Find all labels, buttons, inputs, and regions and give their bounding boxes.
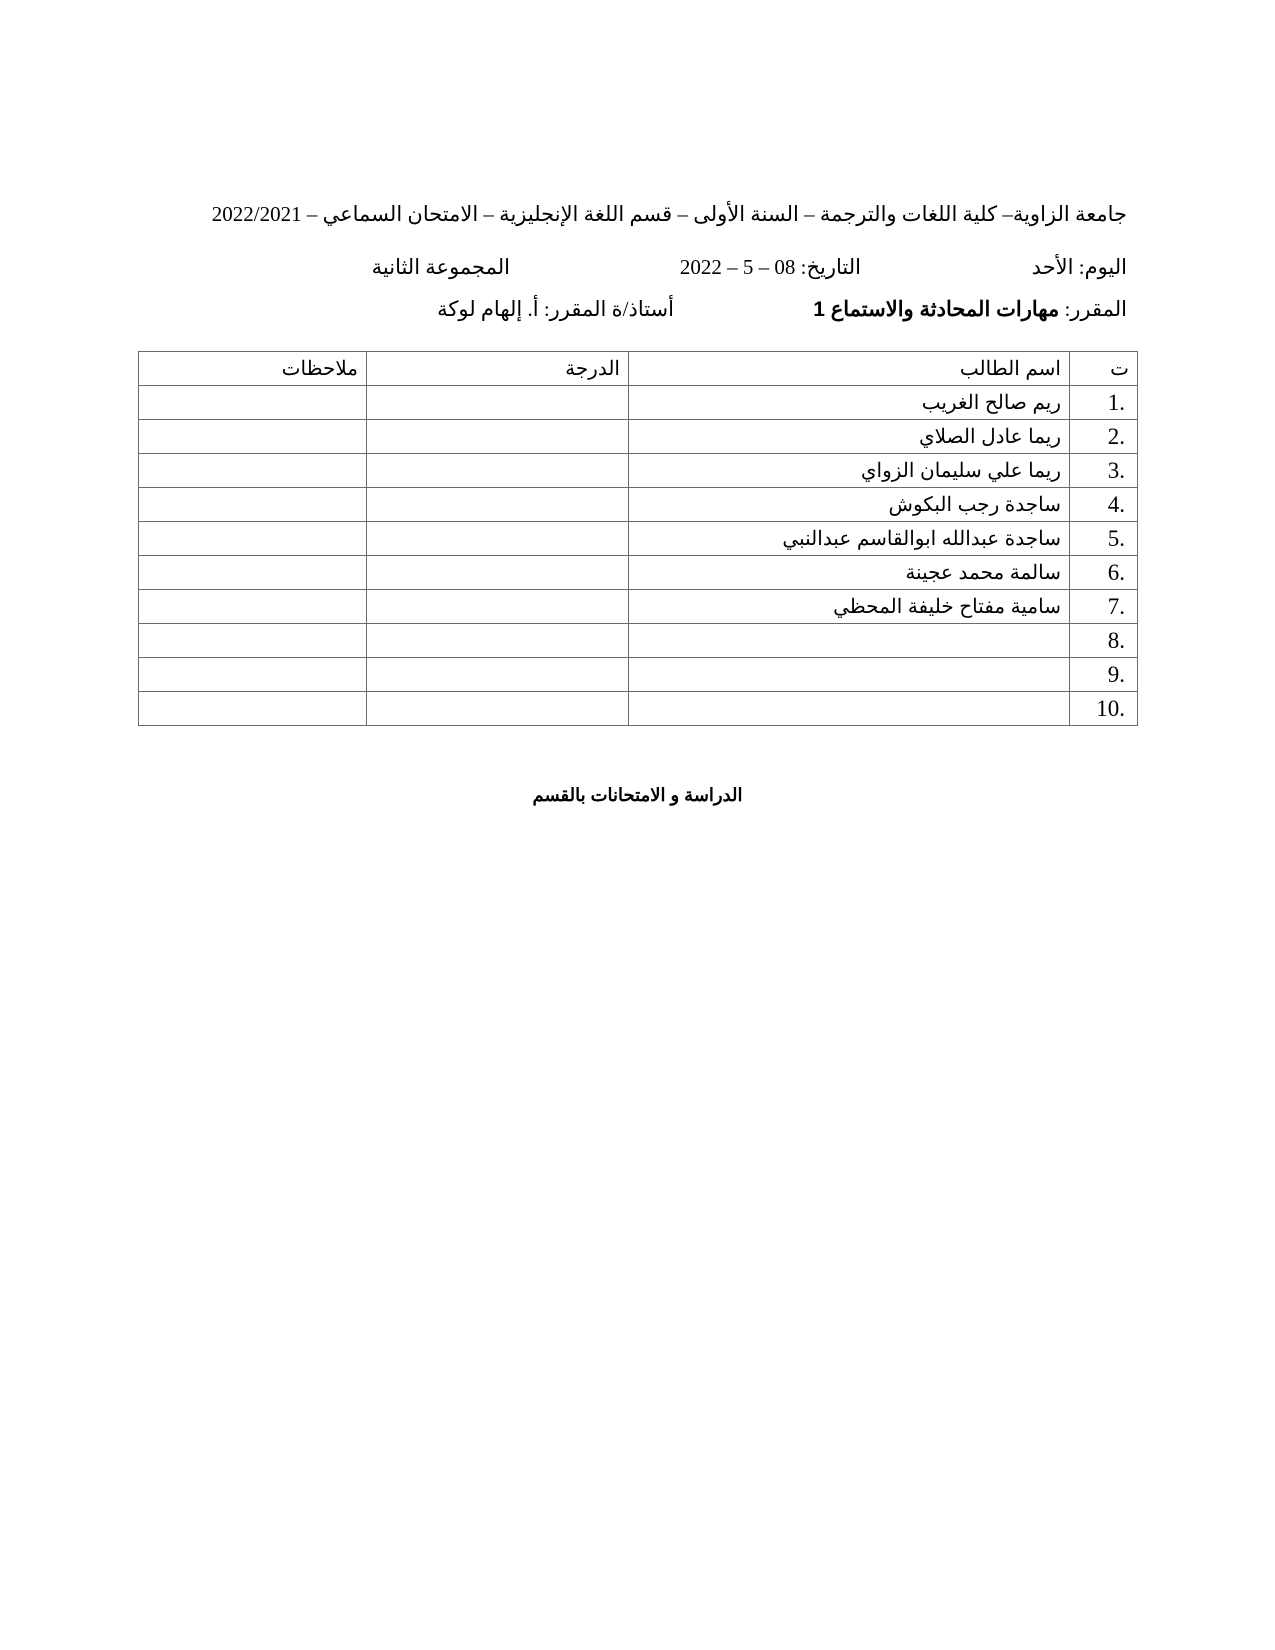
header-grade: الدرجة (367, 352, 629, 386)
student-name (629, 624, 1070, 658)
row-number: .9 (1070, 658, 1138, 692)
student-name: ريم صالح الغريب (629, 386, 1070, 420)
grade-cell (367, 522, 629, 556)
course-teacher: أستاذ/ة المقرر: أ. إلهام لوكة (440, 295, 674, 323)
grade-cell (367, 454, 629, 488)
notes-cell (139, 590, 367, 624)
row-number: .6 (1070, 556, 1138, 590)
row-number: .2 (1070, 420, 1138, 454)
row-number: .5 (1070, 522, 1138, 556)
notes-cell (139, 454, 367, 488)
notes-cell (139, 386, 367, 420)
course-name: مهارات المحادثة والاستماع 1 (813, 298, 1059, 321)
notes-cell (139, 658, 367, 692)
student-name: ساجدة رجب البكوش (629, 488, 1070, 522)
notes-cell (139, 624, 367, 658)
grade-cell (367, 624, 629, 658)
grade-cell (367, 658, 629, 692)
row-number: .10 (1070, 692, 1138, 726)
grade-cell (367, 590, 629, 624)
table-row: .3 ريما علي سليمان الزواي (139, 454, 1138, 488)
document-title: جامعة الزاوية– كلية اللغات والترجمة – ال… (212, 200, 1127, 228)
table-row: .10 (139, 692, 1138, 726)
grades-table: ت اسم الطالب الدرجة ملاحظات .1 ريم صالح … (138, 351, 1138, 726)
row-number: .4 (1070, 488, 1138, 522)
row-number: .1 (1070, 386, 1138, 420)
grade-cell (367, 488, 629, 522)
student-name (629, 692, 1070, 726)
header-number: ت (1070, 352, 1138, 386)
grade-cell (367, 556, 629, 590)
student-name: سامية مفتاح خليفة المحظي (629, 590, 1070, 624)
header-student-name: اسم الطالب (629, 352, 1070, 386)
notes-cell (139, 420, 367, 454)
course-info: المقرر: مهارات المحادثة والاستماع 1 (813, 295, 1127, 324)
grade-cell (367, 692, 629, 726)
row-number: .7 (1070, 590, 1138, 624)
table-row: .5 ساجدة عبدالله ابوالقاسم عبدالنبي (139, 522, 1138, 556)
student-group: المجموعة الثانية (400, 253, 510, 281)
table-header-row: ت اسم الطالب الدرجة ملاحظات (139, 352, 1138, 386)
table-row: .4 ساجدة رجب البكوش (139, 488, 1138, 522)
notes-cell (139, 522, 367, 556)
department-signature: الدراسة و الامتحانات بالقسم (0, 785, 1275, 806)
notes-cell (139, 556, 367, 590)
notes-cell (139, 692, 367, 726)
header-notes: ملاحظات (139, 352, 367, 386)
student-name (629, 658, 1070, 692)
row-number: .3 (1070, 454, 1138, 488)
exam-day: اليوم: الأحد (1032, 253, 1127, 281)
student-name: ريما عادل الصلاي (629, 420, 1070, 454)
notes-cell (139, 488, 367, 522)
row-number: .8 (1070, 624, 1138, 658)
table-row: .9 (139, 658, 1138, 692)
table-row: .8 (139, 624, 1138, 658)
student-name: ريما علي سليمان الزواي (629, 454, 1070, 488)
grade-cell (367, 420, 629, 454)
table-row: .2 ريما عادل الصلاي (139, 420, 1138, 454)
table-row: .6 سالمة محمد عجينة (139, 556, 1138, 590)
table-row: .7 سامية مفتاح خليفة المحظي (139, 590, 1138, 624)
table-row: .1 ريم صالح الغريب (139, 386, 1138, 420)
exam-date: التاريخ: 08 – 5 – 2022 (665, 253, 861, 281)
course-label: المقرر: (1059, 297, 1127, 321)
student-name: سالمة محمد عجينة (629, 556, 1070, 590)
student-name: ساجدة عبدالله ابوالقاسم عبدالنبي (629, 522, 1070, 556)
grade-cell (367, 386, 629, 420)
